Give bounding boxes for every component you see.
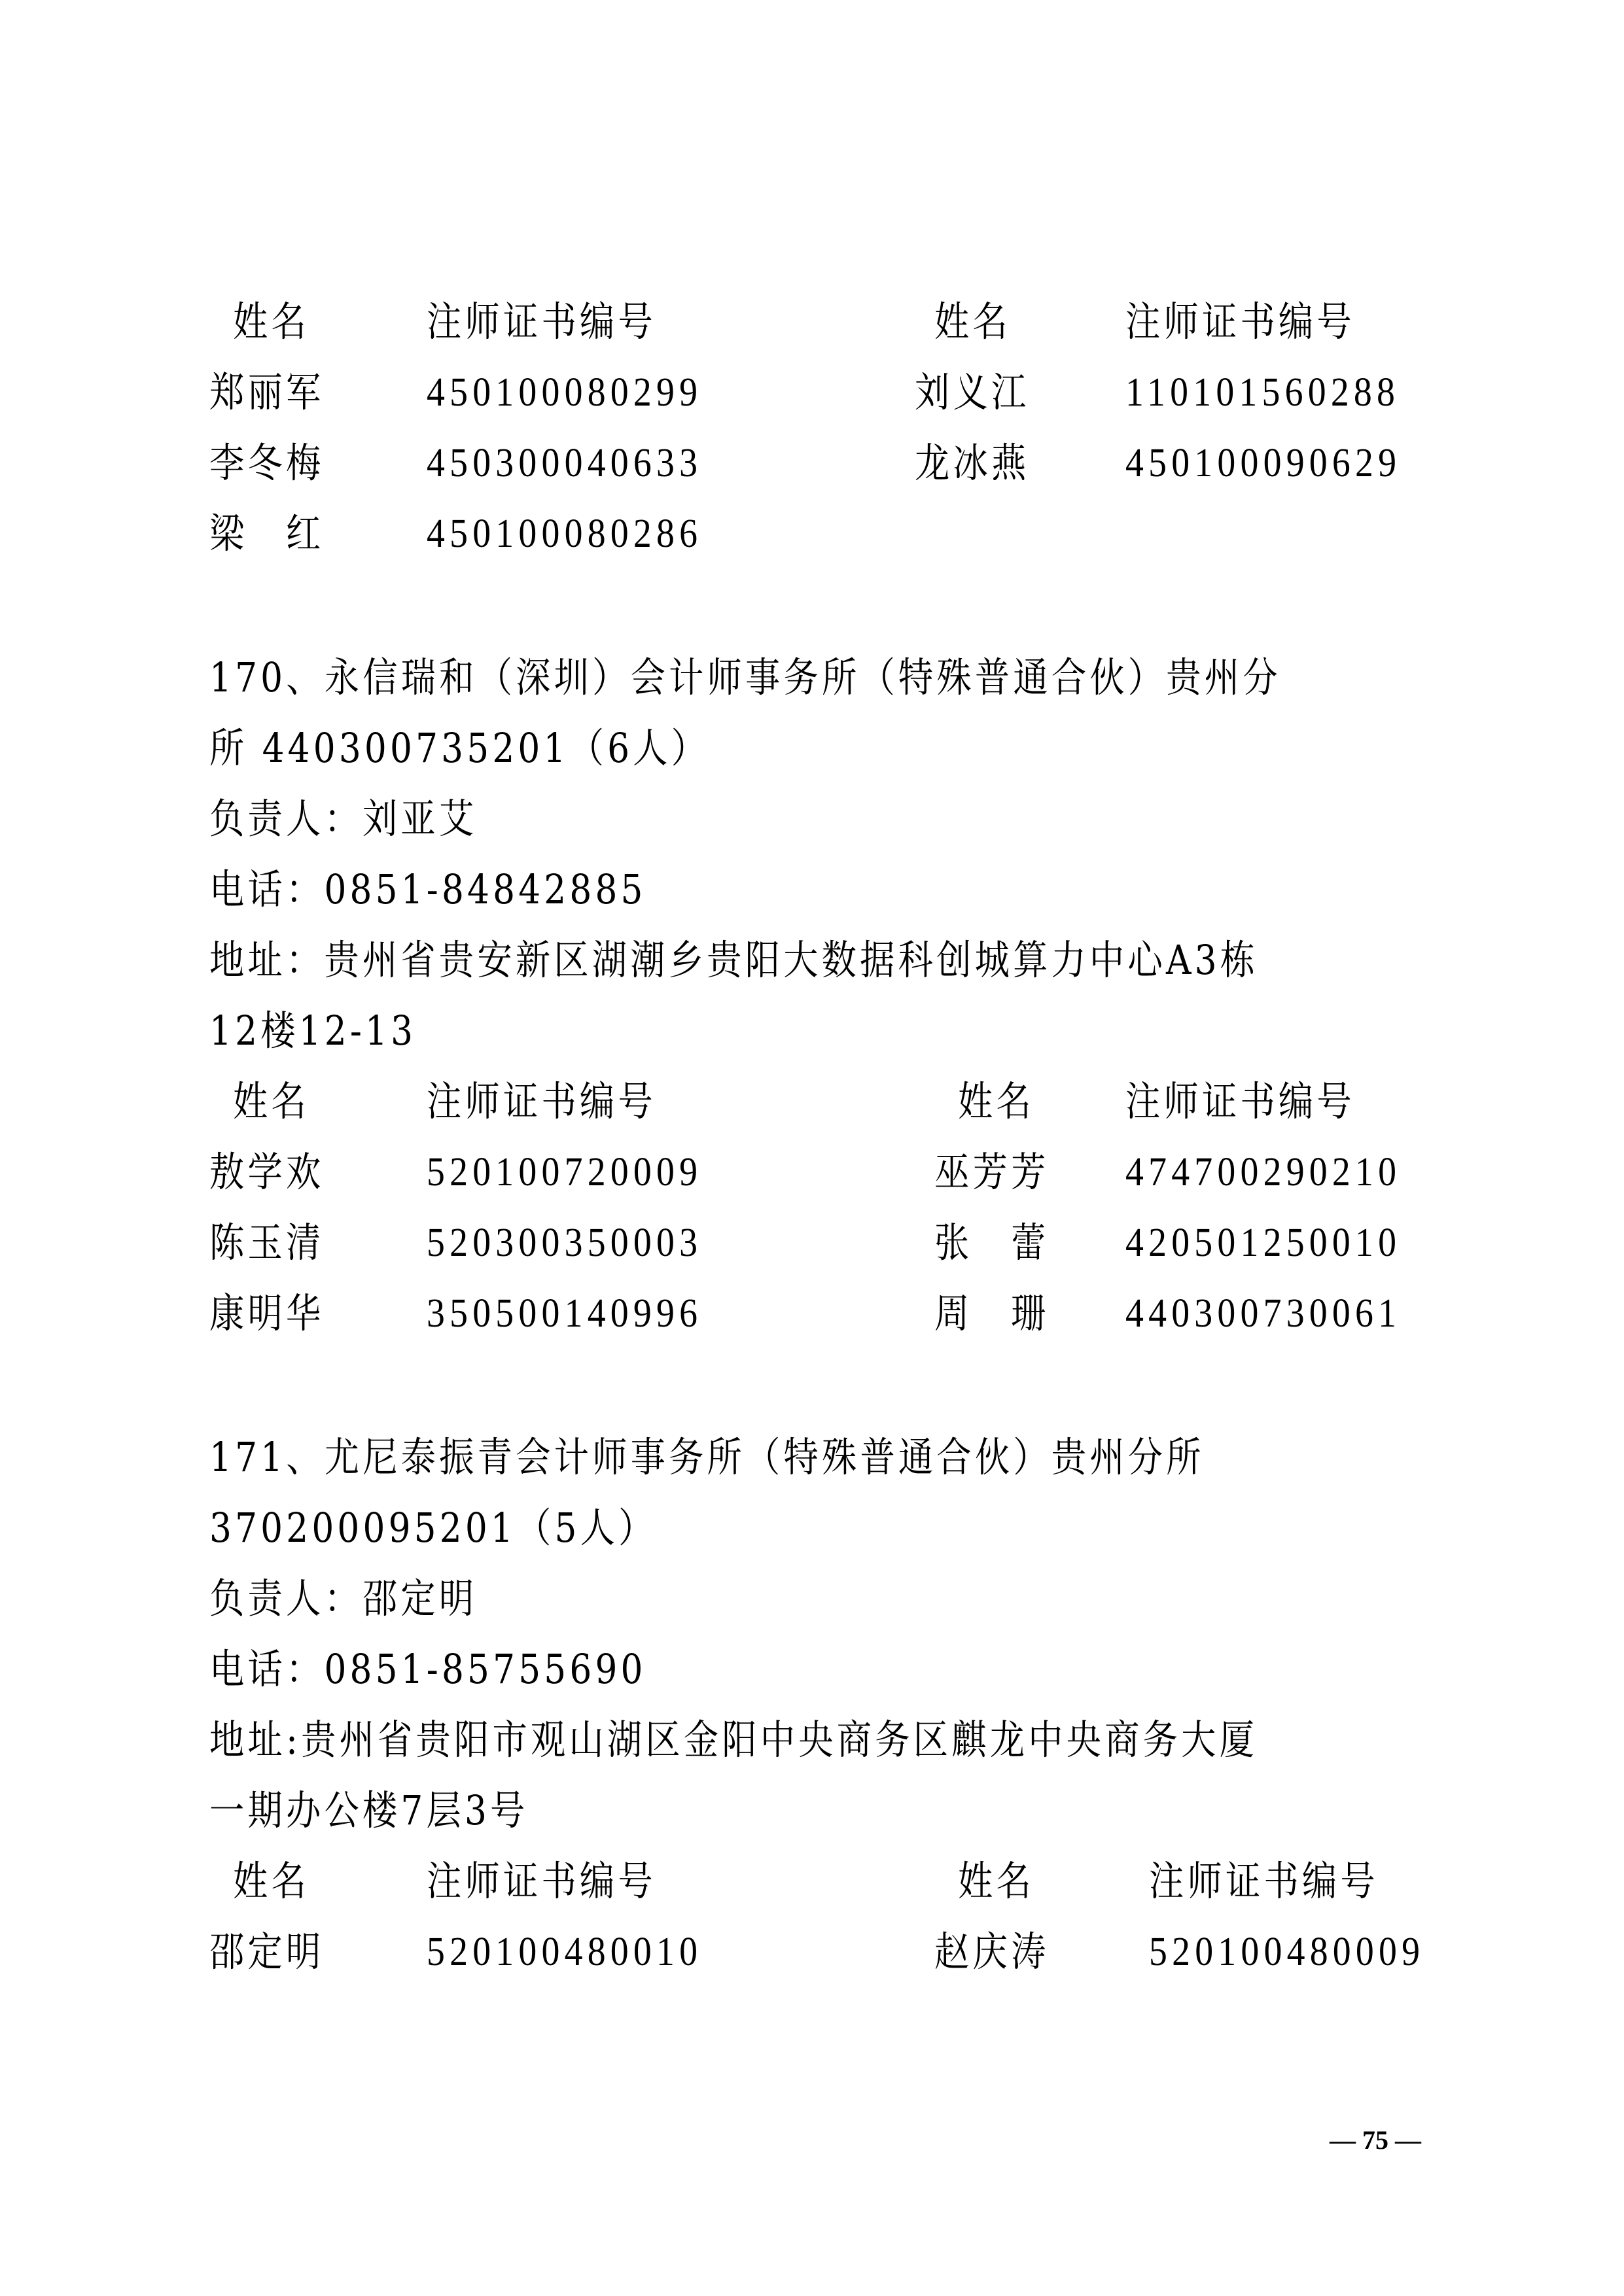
- firm-170-principal: 负责人：刘亚艾: [209, 793, 477, 845]
- table-row-cert: 450100090629: [1125, 437, 1401, 489]
- table-row-cert: 450100080286: [427, 508, 702, 560]
- table-header-name-right: 姓名: [958, 1855, 1034, 1907]
- table-header-name-right: 姓名: [958, 1075, 1034, 1128]
- table-header-cert-right: 注师证书编号: [1125, 296, 1355, 348]
- table-row-name: 陈玉清: [209, 1217, 324, 1269]
- table-row-cert: 474700290210: [1125, 1146, 1401, 1198]
- firm-171-title-line2: 370200095201（5人）: [209, 1502, 657, 1554]
- table-header-cert-right: 注师证书编号: [1149, 1855, 1379, 1907]
- table-header-cert-right: 注师证书编号: [1125, 1075, 1355, 1128]
- table-row-cert: 110101560288: [1125, 366, 1400, 419]
- table-header-cert-left: 注师证书编号: [427, 1855, 656, 1907]
- firm-171-address-line2: 一期办公楼7层3号: [209, 1784, 529, 1837]
- table-row-name: 巫芳芳: [934, 1146, 1049, 1198]
- table-row-cert: 520100480010: [427, 1926, 702, 1978]
- table-row-name: 龙冰燕: [915, 437, 1029, 489]
- table-row-name: 康明华: [209, 1287, 324, 1340]
- table-row-name: 郑丽军: [209, 366, 324, 419]
- table-header-name-left: 姓名: [233, 1075, 309, 1128]
- table-row-cert: 420501250010: [1125, 1217, 1401, 1269]
- table-row-name: 梁 红: [209, 508, 324, 560]
- table-row-name: 赵庆涛: [934, 1926, 1049, 1978]
- table-row-name: 敖学欢: [209, 1146, 324, 1198]
- table-row-cert: 440300730061: [1125, 1287, 1401, 1340]
- table-header-cert-left: 注师证书编号: [427, 296, 656, 348]
- table-row-cert: 450100080299: [427, 366, 702, 419]
- firm-171-phone: 电话：0851-85755690: [209, 1643, 646, 1696]
- firm-170-title-line1: 170、永信瑞和（深圳）会计师事务所（特殊普通合伙）贵州分: [209, 652, 1281, 704]
- table-row-cert: 450300040633: [427, 437, 702, 489]
- table-row-name: 张 蕾: [934, 1217, 1049, 1269]
- table-header-name-left: 姓名: [233, 296, 309, 348]
- table-row-cert: 520300350003: [427, 1217, 702, 1269]
- firm-171-principal: 负责人：邵定明: [209, 1573, 477, 1625]
- table-header-name-right: 姓名: [934, 296, 1011, 348]
- table-row-cert: 350500140996: [427, 1287, 702, 1340]
- table-row-name: 刘义江: [915, 366, 1029, 419]
- firm-170-title-line2: 所 440300735201（6人）: [209, 722, 709, 774]
- page-number: — 75 —: [1330, 2125, 1421, 2156]
- table-row-cert: 520100720009: [427, 1146, 702, 1198]
- firm-171-address-line1: 地址:贵州省贵阳市观山湖区金阳中央商务区麒龙中央商务大厦: [209, 1714, 1258, 1766]
- firm-170-address-line2: 12楼12-13: [209, 1005, 416, 1057]
- firm-171-title-line1: 171、尤尼泰振青会计师事务所（特殊普通合伙）贵州分所: [209, 1431, 1205, 1484]
- firm-170-phone: 电话：0851-84842885: [209, 863, 646, 916]
- table-header-cert-left: 注师证书编号: [427, 1075, 656, 1128]
- table-header-name-left: 姓名: [233, 1855, 309, 1907]
- table-row-name: 李冬梅: [209, 437, 324, 489]
- firm-170-address-line1: 地址：贵州省贵安新区湖潮乡贵阳大数据科创城算力中心A3栋: [209, 934, 1258, 986]
- table-row-cert: 520100480009: [1149, 1926, 1424, 1978]
- table-row-name: 周 珊: [934, 1287, 1049, 1340]
- table-row-name: 邵定明: [209, 1926, 324, 1978]
